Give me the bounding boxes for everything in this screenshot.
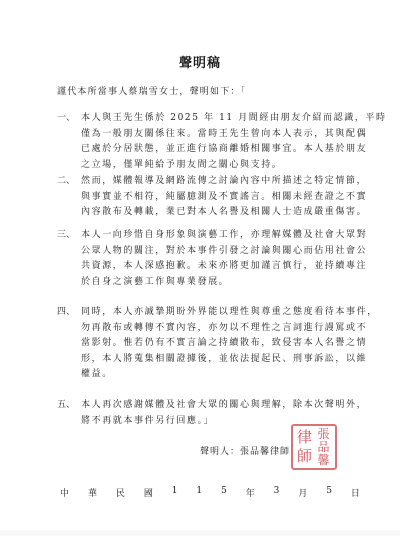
signer-line: 聲明人：張品馨律師 <box>200 444 290 457</box>
item-line: 公眾人物的關注，對於本事件引發之討論與關心而佔用社會公 <box>81 244 343 260</box>
seal-char: 馨 <box>317 454 329 466</box>
item-line: 本人一向珍惜自身形象與演藝工作，亦理解媒體及社會大眾對 <box>81 228 343 244</box>
date-char: 5 <box>221 486 227 499</box>
seal-char: 品 <box>317 441 329 453</box>
page-bottom-edge <box>0 530 400 536</box>
date-char: 國 <box>144 486 153 499</box>
item-number: 三、 <box>57 228 81 244</box>
item-number: 四、 <box>57 305 81 321</box>
date-char: 年 <box>246 486 255 499</box>
item-line: 內容散布及轉載，業已對本人名譽及相關人士造成嚴重傷害。 <box>81 205 343 221</box>
item-number: 五、 <box>57 398 81 414</box>
date-char: 中 <box>60 486 69 499</box>
item-line: 形，本人將蒐集相關證據後，並依法提起民、刑事訴訟，以維 <box>81 352 343 368</box>
intro-line: 謹代本所當事人蔡瑞雪女士，聲明如下：「 <box>57 84 246 97</box>
item-line: 之立場，僅單純給予朋友間之關心與支持。 <box>81 158 343 174</box>
seal-char: 師 <box>297 449 312 464</box>
date-char: 日 <box>351 486 360 499</box>
date-char: 1 <box>172 486 178 499</box>
date-char: 華 <box>88 486 97 499</box>
document-page: 聲明稿 謹代本所當事人蔡瑞雪女士，聲明如下：「 一、 本人與王先生係於 2025… <box>0 0 400 536</box>
item-line: 本人與王先生係於 2025 年 11 月間經由朋友介紹而認識，平時 <box>81 111 343 127</box>
seal-column-left: 律 師 <box>295 428 314 466</box>
date-char: 3 <box>274 486 280 499</box>
item-line: 當影射。惟若仍有不實言論之持續散布，致侵害本人名譽之情 <box>81 336 343 352</box>
item-line: 僅為一般朋友關係往來。當時王先生曾向本人表示，其與配偶 <box>81 127 343 143</box>
seal-stamp-icon: 張 品 馨 律 師 <box>291 424 337 470</box>
date-char: 月 <box>298 486 307 499</box>
seal-char: 律 <box>297 430 312 445</box>
seal-char: 張 <box>317 428 329 440</box>
date-line: 中 華 民 國 1 1 5 年 3 月 5 日 <box>60 486 360 499</box>
date-char: 5 <box>326 486 332 499</box>
seal-column-right: 張 品 馨 <box>314 428 333 466</box>
item-line: 於自身之演藝工作與專業發展。 <box>81 275 343 291</box>
item-line: 勿再散布或轉傳不實內容，亦勿以不理性之言詞進行謾罵或不 <box>81 321 343 337</box>
date-char: 民 <box>116 486 125 499</box>
item-number: 二、 <box>57 174 81 190</box>
item-line: 然而，媒體報導及網路流傳之討論內容中所描述之特定情節， <box>81 174 343 190</box>
item-line: 共資源，本人深感抱歉。未來亦將更加謹言慎行，並持續專注 <box>81 259 343 275</box>
item-number: 一、 <box>57 111 81 127</box>
item-line: 權益。 <box>81 367 343 383</box>
item-line: 同時，本人亦誠摯期盼外界能以理性與尊重之態度看待本事件， <box>81 305 343 321</box>
date-char: 1 <box>196 486 202 499</box>
item-line: 本人再次感謝媒體及社會大眾的關心與理解，除本次聲明外， <box>81 398 343 414</box>
document-title: 聲明稿 <box>0 52 400 71</box>
item-line: 與事實並不相符，純屬臆測及不實謠言。相關未經查證之不實 <box>81 190 343 206</box>
item-line: 已處於分居狀態，並正進行協商離婚相關事宜。本人基於朋友 <box>81 142 343 158</box>
